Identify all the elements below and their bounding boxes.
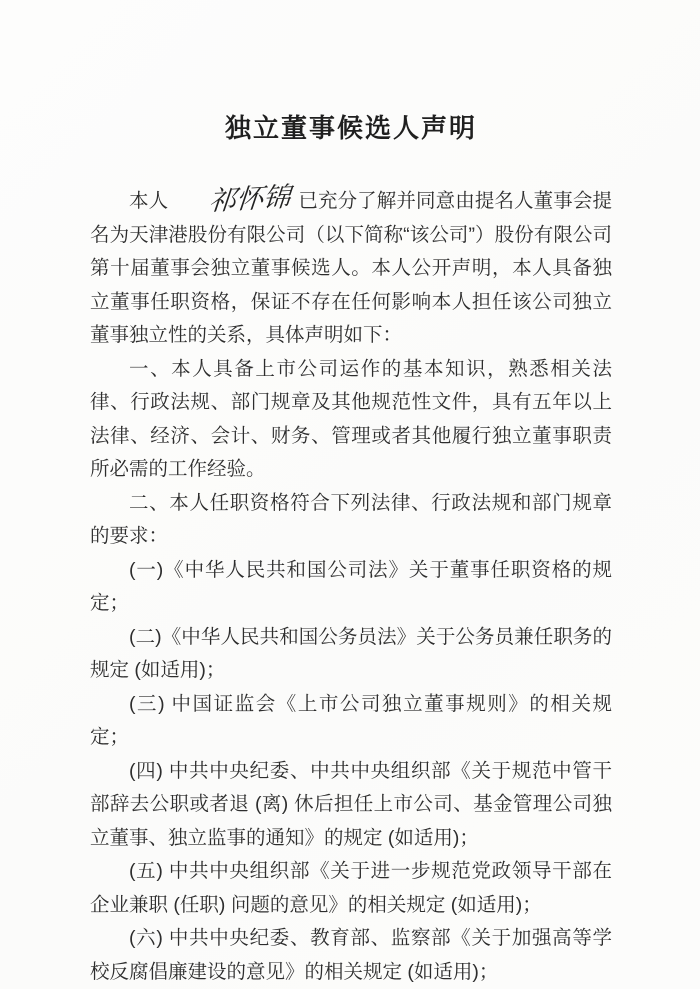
clause-qualification-intro: 二、本人任职资格符合下列法律、行政法规和部门规章的要求： <box>90 487 612 554</box>
clause-item-5: (五) 中共中央组织部《关于进一步规范党政领导干部在企业兼职 (任职) 问题的意… <box>90 855 612 922</box>
intro-paragraph: 本人祁怀锦已充分了解并同意由提名人董事会提名为天津港股份有限公司（以下简称“该公… <box>90 185 612 353</box>
intro-prefix: 本人 <box>129 190 168 212</box>
document-title: 独立董事候选人声明 <box>90 108 612 145</box>
clause-item-6: (六) 中共中央纪委、教育部、监察部《关于加强高等学校反腐倡廉建设的意见》的相关… <box>90 922 612 989</box>
clause-item-4: (四) 中共中央纪委、中共中央组织部《关于规范中管干部辞去公职或者退 (离) 休… <box>90 755 612 856</box>
handwritten-signature: 祁怀锦 <box>169 184 292 217</box>
clause-item-1: (一)《中华人民共和国公司法》关于董事任职资格的规定； <box>90 554 612 621</box>
scanned-document-page: 独立董事候选人声明 本人祁怀锦已充分了解并同意由提名人董事会提名为天津港股份有限… <box>0 0 700 989</box>
clause-item-3: (三) 中国证监会《上市公司独立董事规则》的相关规定； <box>90 688 612 755</box>
clause-item-2: (二)《中华人民共和国公务员法》关于公务员兼任职务的规定 (如适用)； <box>90 621 612 688</box>
clause-experience: 一、本人具备上市公司运作的基本知识，熟悉相关法律、行政法规、部门规章及其他规范性… <box>90 353 612 487</box>
